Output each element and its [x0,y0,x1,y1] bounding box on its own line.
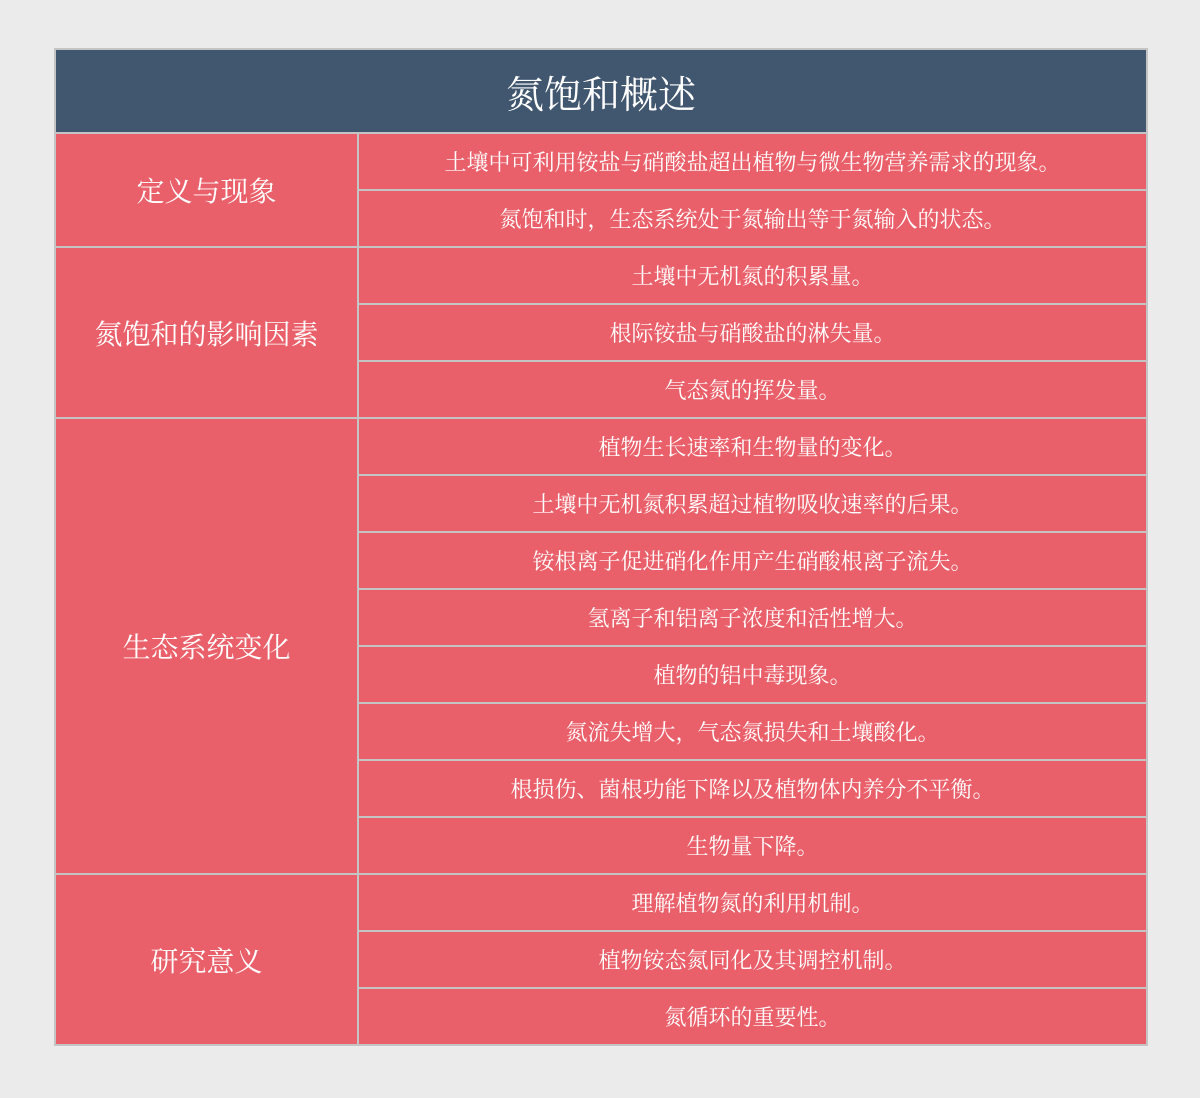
item-cell: 植物生长速率和生物量的变化。 [359,419,1146,476]
item-list: 理解植物氮的利用机制。 植物铵态氮同化及其调控机制。 氮循环的重要性。 [359,875,1146,1044]
item-list: 植物生长速率和生物量的变化。 土壤中无机氮积累超过植物吸收速率的后果。 铵根离子… [359,419,1146,873]
item-cell: 土壤中可利用铵盐与硝酸盐超出植物与微生物营养需求的现象。 [359,134,1146,191]
item-cell: 根际铵盐与硝酸盐的淋失量。 [359,305,1146,362]
category-cell: 生态系统变化 [56,419,359,873]
item-cell: 铵根离子促进硝化作用产生硝酸根离子流失。 [359,533,1146,590]
item-list: 土壤中可利用铵盐与硝酸盐超出植物与微生物营养需求的现象。 氮饱和时，生态系统处于… [359,134,1146,246]
group-significance: 研究意义 理解植物氮的利用机制。 植物铵态氮同化及其调控机制。 氮循环的重要性。 [56,875,1146,1044]
item-cell: 氮流失增大，气态氮损失和土壤酸化。 [359,704,1146,761]
item-cell: 根损伤、菌根功能下降以及植物体内养分不平衡。 [359,761,1146,818]
overview-table: 氮饱和概述 定义与现象 土壤中可利用铵盐与硝酸盐超出植物与微生物营养需求的现象。… [54,48,1148,1046]
item-cell: 土壤中无机氮的积累量。 [359,248,1146,305]
item-cell: 植物的铝中毒现象。 [359,647,1146,704]
item-cell: 氢离子和铝离子浓度和活性增大。 [359,590,1146,647]
item-cell: 氮饱和时，生态系统处于氮输出等于氮输入的状态。 [359,191,1146,246]
table-title: 氮饱和概述 [56,50,1146,134]
item-cell: 生物量下降。 [359,818,1146,873]
item-cell: 理解植物氮的利用机制。 [359,875,1146,932]
category-cell: 定义与现象 [56,134,359,246]
item-cell: 气态氮的挥发量。 [359,362,1146,417]
group-factors: 氮饱和的影响因素 土壤中无机氮的积累量。 根际铵盐与硝酸盐的淋失量。 气态氮的挥… [56,248,1146,419]
category-cell: 研究意义 [56,875,359,1044]
group-ecosystem-change: 生态系统变化 植物生长速率和生物量的变化。 土壤中无机氮积累超过植物吸收速率的后… [56,419,1146,875]
group-definition: 定义与现象 土壤中可利用铵盐与硝酸盐超出植物与微生物营养需求的现象。 氮饱和时，… [56,134,1146,248]
item-cell: 土壤中无机氮积累超过植物吸收速率的后果。 [359,476,1146,533]
item-list: 土壤中无机氮的积累量。 根际铵盐与硝酸盐的淋失量。 气态氮的挥发量。 [359,248,1146,417]
item-cell: 植物铵态氮同化及其调控机制。 [359,932,1146,989]
category-cell: 氮饱和的影响因素 [56,248,359,417]
item-cell: 氮循环的重要性。 [359,989,1146,1044]
